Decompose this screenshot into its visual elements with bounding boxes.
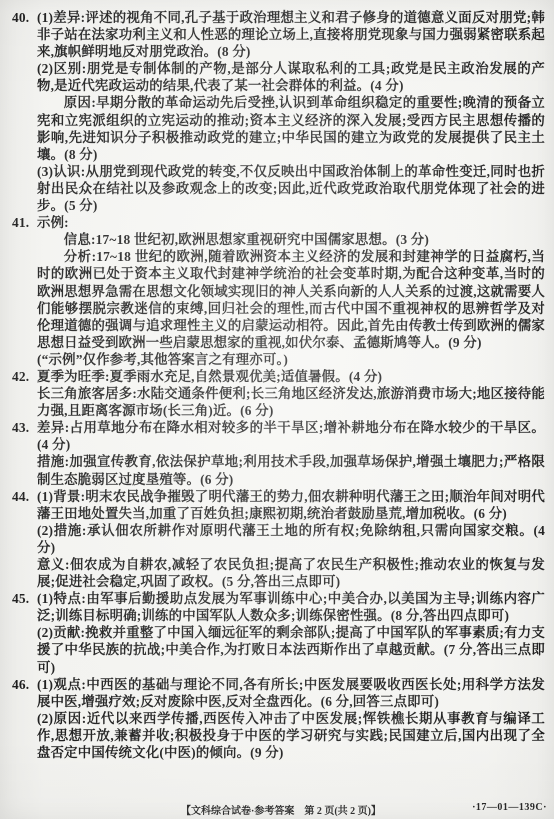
answer-paragraph: (1)特点:由军事后勤援助点发展为军事训练中心;中美合办,以美国为主导;训练内容…: [37, 590, 545, 624]
answer-paragraph: (1)观点:中西医的基础与理论不同,各有所长;中医发展要吸收西医长处;用科学方法…: [37, 676, 545, 710]
question-block: 45.(1)特点:由军事后勤援助点发展为军事训练中心;中美合办,以美国为主导;训…: [12, 590, 545, 675]
question-block: 41.示例:信息:17~18 世纪初,欧洲思想家重视研究中国儒家思想。(3 分)…: [12, 214, 545, 368]
answer-paragraph: (2)原因:近代以来西学传播,西医传入冲击了中医发展;恽铁樵长期从事教育与编译工…: [37, 710, 545, 761]
answer-paragraph: (3)认识:从朋党到现代政党的转变,不仅反映出中国政治体制上的革命性变迁,同时也…: [37, 163, 545, 214]
answer-paragraph: (2)措施:承认佃农所耕作对原明代藩王土地的所有权;免除纳租,只需向国家交粮。(…: [37, 522, 545, 556]
question-number: 40.: [12, 9, 37, 26]
answer-paragraph: (2)贡献:挽救并重整了中国入缅远征军的剩余部队;提高了中国军队的军事素质;有力…: [37, 624, 545, 675]
question-block: 44.(1)背景:明末农民战争摧毁了明代藩王的势力,佃农耕种明代藩王之田;顺治年…: [12, 488, 545, 591]
answer-paragraph: (1)差异:评述的视角不同,孔子基于政治理想主义和君子修身的道德意义面反对朋党;…: [37, 9, 545, 60]
question-number: 41.: [12, 214, 37, 231]
question-number: 44.: [12, 488, 37, 505]
answer-paragraph: 信息:17~18 世纪初,欧洲思想家重视研究中国儒家思想。(3 分): [37, 231, 545, 248]
question-number: 46.: [12, 676, 37, 693]
answer-paragraph: 长三角旅客居多:水陆交通条件便利;长三角地区经济发达,旅游消费市场大;地区接待能…: [37, 385, 545, 419]
answer-paragraph: (2)区别:朋党是专制体制的产物,是部分人谋取私利的工具;政党是民主政治发展的产…: [37, 60, 545, 94]
question-block: 40.(1)差异:评述的视角不同,孔子基于政治理想主义和君子修身的道德意义面反对…: [12, 9, 545, 214]
answer-paragraph: 措施:加强宣传教育,依法保护草地;利用技术手段,加强草场保护,增强土壤肥力;严格…: [37, 453, 545, 487]
footer-paper-title-page-number: 【文科综合试卷·参考答案 第 2 页(共 2 页)】: [181, 802, 381, 817]
question-block: 46.(1)观点:中西医的基础与理论不同,各有所长;中医发展要吸收西医长处;用科…: [12, 676, 545, 761]
answer-paragraph: (“示例”仅作参考,其他答案言之有理亦可。): [37, 351, 545, 368]
question-number: 42.: [12, 368, 37, 385]
answer-paragraph: 分析:17~18 世纪的欧洲,随着欧洲资本主义经济的发展和封建神学的日益腐朽,当…: [37, 248, 545, 351]
answer-key-page: 40.(1)差异:评述的视角不同,孔子基于政治理想主义和君子修身的道德意义面反对…: [0, 0, 554, 819]
footer-paper-code: ·17—01—139C·: [472, 802, 547, 813]
question-block: 42.夏季为旺季:夏季雨水充足,自然景观优美;适值暑假。(4 分)长三角旅客居多…: [12, 368, 545, 419]
answer-paragraph: 差异:占用草地分布在降水相对较多的半干旱区;增补耕地分布在降水较少的干旱区。(4…: [37, 419, 545, 453]
question-block: 43.差异:占用草地分布在降水相对较多的半干旱区;增补耕地分布在降水较少的干旱区…: [12, 419, 545, 487]
answer-paragraph: 夏季为旺季:夏季雨水充足,自然景观优美;适值暑假。(4 分): [37, 368, 545, 385]
answer-paragraph: 示例:: [37, 214, 545, 231]
question-number: 45.: [12, 590, 37, 607]
answers-list: 40.(1)差异:评述的视角不同,孔子基于政治理想主义和君子修身的道德意义面反对…: [12, 9, 545, 761]
answer-paragraph: (1)背景:明末农民战争摧毁了明代藩王的势力,佃农耕种明代藩王之田;顺治年间对明…: [37, 488, 545, 522]
question-number: 43.: [12, 419, 37, 436]
answer-paragraph: 原因:早期分散的革命运动先后受挫,认识到革命组织稳定的重要性;晚清的预备立宪和立…: [37, 94, 545, 162]
answer-paragraph: 意义:佃农成为自耕农,减轻了农民负担;提高了农民生产积极性;推动农业的恢复与发展…: [37, 556, 545, 590]
page-footer: 【文科综合试卷·参考答案 第 2 页(共 2 页)】 ·17—01—139C·: [0, 802, 554, 817]
